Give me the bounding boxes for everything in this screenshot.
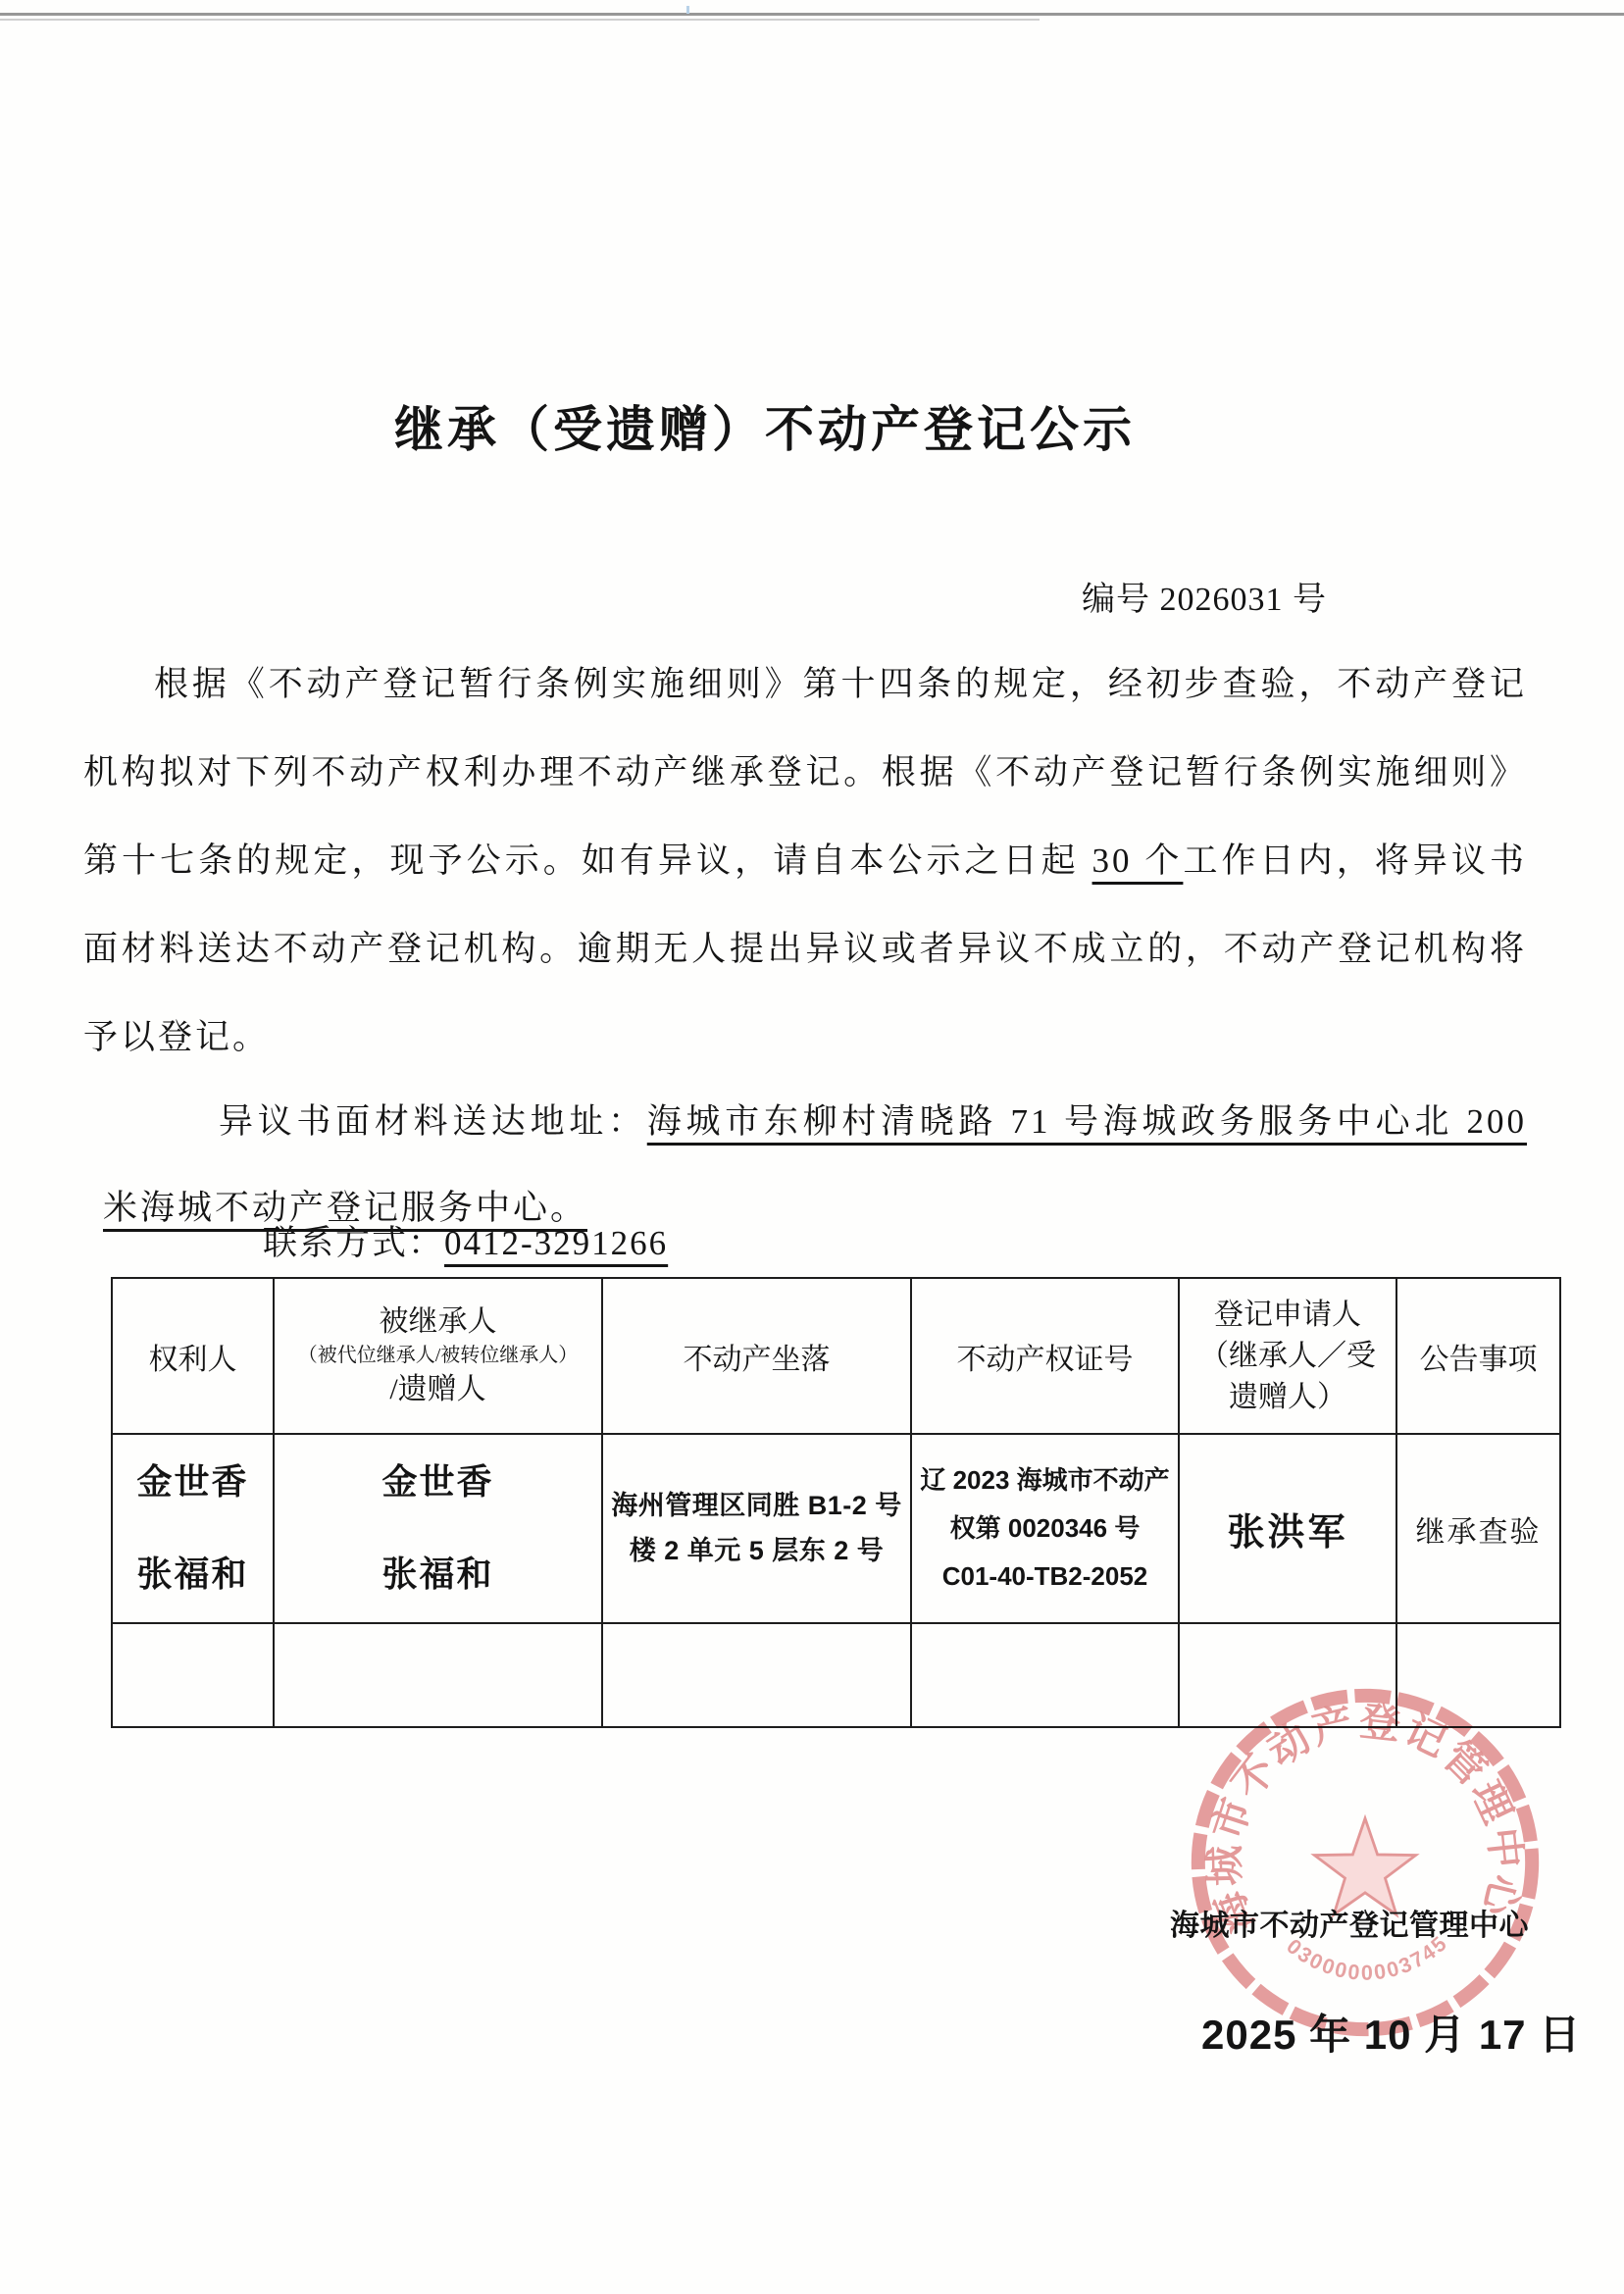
header-decedent-sub: （被代位继承人/被转位继承人） [280,1343,595,1369]
body-line: 第十七条的规定，现予公示。如有异议，请自本公示之日起 30 个工作日内，将异议书 [83,834,1527,922]
decedent-name: 金世香 [280,1437,595,1529]
cell-decedent: 金世香 张福和 [274,1434,602,1623]
address-value-underlined: 海城市东柳村清晓路 71 号海城政务服务中心北 200 [647,1102,1527,1141]
table-header-row: 权利人 被继承人 （被代位继承人/被转位继承人） /遗赠人 不动产坐落 不动产权… [112,1278,1560,1434]
body-line: 根据《不动产登记暂行条例实施细则》第十四条的规定，经初步查验，不动产登记 [83,657,1527,745]
address-paragraph: 异议书面材料送达地址：海城市东柳村清晓路 71 号海城政务服务中心北 200 米… [83,1095,1527,1230]
body-paragraph: 根据《不动产登记暂行条例实施细则》第十四条的规定，经初步查验，不动产登记 机构拟… [83,657,1527,1098]
scan-artifact-line [0,19,1040,21]
header-decedent-main: 被继承人 [280,1301,595,1343]
empty-cell [911,1623,1179,1727]
scan-artifact-line [0,13,1624,16]
scanned-document-page: 继承（受遗赠）不动产登记公示 编号 2026031 号 根据《不动产登记暂行条例… [0,0,1624,2294]
contact-phone-underlined: 0412-3291266 [444,1224,668,1262]
cell-location: 海州管理区同胜 B1-2 号 楼 2 单元 5 层东 2 号 [602,1434,911,1623]
header-applicant: 登记申请人 （继承人／受遗赠人） [1179,1278,1396,1434]
scan-artifact-mark [686,6,689,14]
header-notice-item: 公告事项 [1396,1278,1560,1434]
empty-cell [602,1623,911,1727]
empty-cell [112,1623,274,1727]
header-decedent: 被继承人 （被代位继承人/被转位继承人） /遗赠人 [274,1278,602,1434]
cell-notice-item: 继承查验 [1396,1434,1560,1623]
header-applicant-sub: （继承人／受遗赠人） [1186,1336,1390,1418]
body-line: 予以登记。 [83,1010,1527,1098]
header-decedent-tail: /遗赠人 [280,1369,595,1410]
cell-applicant: 张洪军 [1179,1434,1396,1623]
body-line: 机构拟对下列不动产权利办理不动产继承登记。根据《不动产登记暂行条例实施细则》 [83,745,1527,834]
rights-holder-name: 张福和 [119,1529,267,1621]
table-row: 金世香 张福和 金世香 张福和 海州管理区同胜 B1-2 号 楼 2 单元 5 … [112,1434,1560,1623]
rights-holder-name: 金世香 [119,1437,267,1529]
deadline-underlined: 30 个 [1092,841,1184,880]
address-label: 异议书面材料送达地址： [219,1102,647,1141]
cell-rights-holder: 金世香 张福和 [112,1434,274,1623]
address-line: 异议书面材料送达地址：海城市东柳村清晓路 71 号海城政务服务中心北 200 [83,1095,1527,1181]
header-applicant-main: 登记申请人 [1186,1295,1390,1336]
issuing-org-name: 海城市不动产登记管理中心 [1170,1901,1529,1944]
location-line: 海州管理区同胜 B1-2 号 [609,1484,904,1529]
body-line: 面材料送达不动产登记机构。逾期无人提出异议或者异议不成立的，不动产登记机构将 [83,922,1527,1010]
issue-date: 2025 年 10 月 17 日 [1201,2003,1581,2062]
empty-cell [274,1623,602,1727]
header-cert-no: 不动产权证号 [911,1278,1179,1434]
body-text: 工作日内，将异议书 [1183,841,1527,880]
header-rights-holder: 权利人 [112,1278,274,1434]
cert-line: C01-40-TB2-2052 [918,1553,1172,1601]
header-location: 不动产坐落 [602,1278,911,1434]
cell-cert-no: 辽 2023 海城市不动产 权第 0020346 号 C01-40-TB2-20… [911,1434,1179,1623]
contact-line: 联系方式：0412-3291266 [263,1216,668,1265]
cert-line: 辽 2023 海城市不动产 [918,1456,1172,1504]
decedent-name: 张福和 [280,1529,595,1621]
contact-label: 联系方式： [263,1224,444,1262]
location-line: 楼 2 单元 5 层东 2 号 [609,1529,904,1574]
doc-number: 编号 2026031 号 [1082,572,1327,620]
official-seal-stamp: 海城市不动产登记管理中心 0300000003745 [1182,1679,1548,2046]
cert-line: 权第 0020346 号 [918,1504,1172,1553]
registration-table: 权利人 被继承人 （被代位继承人/被转位继承人） /遗赠人 不动产坐落 不动产权… [111,1277,1561,1728]
body-text: 第十七条的规定，现予公示。如有异议，请自本公示之日起 [83,841,1092,880]
page-title: 继承（受遗赠）不动产登记公示 [0,390,1530,461]
